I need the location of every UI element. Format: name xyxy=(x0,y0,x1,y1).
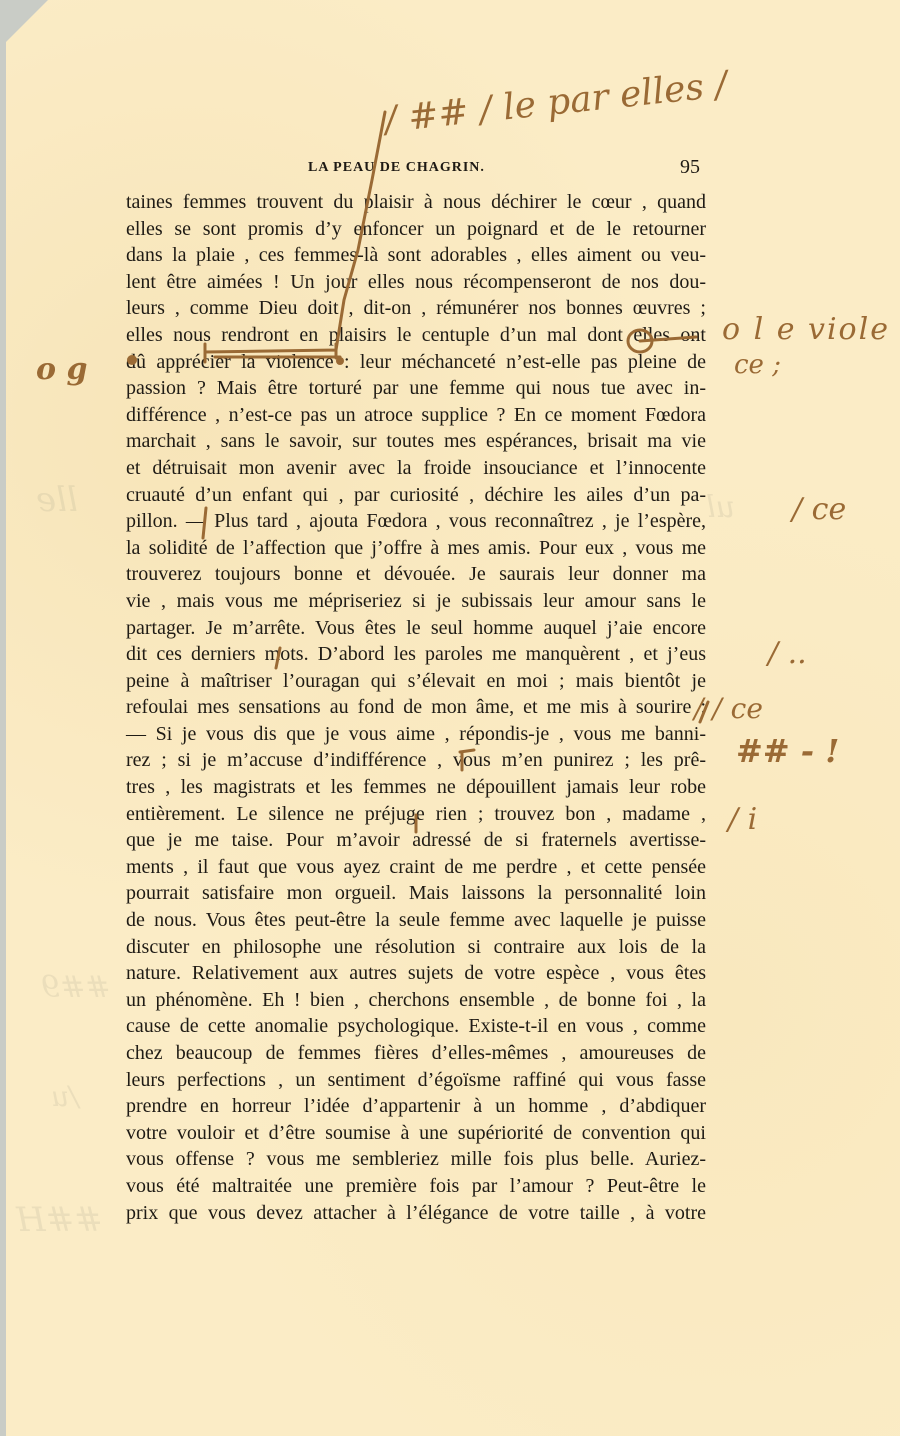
bleed-through-mark: ul xyxy=(706,490,735,525)
handwritten-annotation-right: ce ; xyxy=(734,350,781,380)
body-text: taines femmes trouvent du plaisir à nous… xyxy=(126,189,706,1226)
text-line: nature. Relativement aux autres sujets d… xyxy=(126,960,706,987)
text-line: discuter en philosophe une résolution si… xyxy=(126,934,706,961)
text-line: cruauté d’un enfant qui , par curiosité … xyxy=(126,482,706,509)
running-head: LA PEAU DE CHAGRIN. 95 xyxy=(308,160,718,182)
text-line: cause de cette anomalie psychologique. E… xyxy=(126,1013,706,1040)
text-line: lent être aimées ! Un jour elles nous ré… xyxy=(126,269,706,296)
book-page: lle ##9 /u ##H ul LA PEAU DE CHAGRIN. 95… xyxy=(6,0,900,1436)
text-line: vous été maltraitée une première fois pa… xyxy=(126,1173,706,1200)
handwritten-annotation-right: / .. xyxy=(768,636,807,671)
text-line: passion ? Mais être torturé par une femm… xyxy=(126,375,706,402)
text-line: taines femmes trouvent du plaisir à nous… xyxy=(126,189,706,216)
text-line: tres , les magistrats et les femmes ne d… xyxy=(126,774,706,801)
text-line: chez beaucoup de femmes fières d’elles-m… xyxy=(126,1040,706,1067)
text-line: de nous. Vous êtes peut-être la seule fe… xyxy=(126,907,706,934)
text-line: peine à maîtriser l’ouragan qui s’élevai… xyxy=(126,668,706,695)
text-line: votre vouloir et d’être soumise à une su… xyxy=(126,1120,706,1147)
text-line: elles nous rendront en plaisirs le centu… xyxy=(126,322,706,349)
text-line: pourrait satisfaire mon orgueil. Mais la… xyxy=(126,880,706,907)
text-line: un phénomène. Eh ! bien , cherchons ense… xyxy=(126,987,706,1014)
text-line: entièrement. Le silence ne préjuge rien … xyxy=(126,801,706,828)
bleed-through-mark: ##9 xyxy=(41,970,110,1005)
text-line: vie , mais vous me mépriseriez si je sub… xyxy=(126,588,706,615)
text-line: que je me taise. Pour m’avoir adressé de… xyxy=(126,827,706,854)
bleed-through-mark: /u xyxy=(51,1080,78,1113)
text-line: leurs perfections , un sentiment d’égoïs… xyxy=(126,1067,706,1094)
handwritten-annotation-left: o g xyxy=(36,352,87,387)
text-line: dit ces derniers mots. D’abord les parol… xyxy=(126,641,706,668)
text-line: dû apprécier la violence : leur méchance… xyxy=(126,349,706,376)
text-line: elles se sont promis d’y enfoncer un poi… xyxy=(126,216,706,243)
handwritten-annotation-right: / ce xyxy=(792,492,846,527)
text-line: prix que vous devez attacher à l’éléganc… xyxy=(126,1200,706,1227)
handwritten-annotation-right: ## - ! xyxy=(736,732,839,770)
text-line: prendre en horreur l’idée d’appartenir à… xyxy=(126,1093,706,1120)
handwritten-annotation-right: / i xyxy=(728,802,757,837)
text-line: ments , il faut que vous ayez craint de … xyxy=(126,854,706,881)
bleed-through-mark: lle xyxy=(36,480,78,520)
text-line: vous offense ? vous me sembleriez mille … xyxy=(126,1146,706,1173)
text-line: la solidité de l’affection que j’offre à… xyxy=(126,535,706,562)
handwritten-annotation-top: / ## / le par elles / xyxy=(383,64,729,141)
handwritten-annotation-right: o l e viole n xyxy=(722,312,900,347)
text-line: — Si je vous dis que je vous aime , répo… xyxy=(126,721,706,748)
text-line: dans la plaie , ces femmes-là sont adora… xyxy=(126,242,706,269)
handwritten-annotation-right: / / ce xyxy=(694,692,763,725)
text-line: trouverez toujours bonne et dévouée. Je … xyxy=(126,561,706,588)
text-line: pillon. — Plus tard , ajouta Fœdora , vo… xyxy=(126,508,706,535)
running-title: LA PEAU DE CHAGRIN. xyxy=(308,160,485,176)
page-number: 95 xyxy=(680,156,700,179)
text-line: rez ; si je m’accuse d’indifférence , vo… xyxy=(126,747,706,774)
text-line: marchait , sans le savoir, sur toutes me… xyxy=(126,428,706,455)
bleed-through-mark: ##H xyxy=(16,1200,103,1240)
text-line: leurs , comme Dieu doit , dit-on , rémun… xyxy=(126,295,706,322)
text-line: refoulai mes sensations au fond de mon â… xyxy=(126,694,706,721)
text-line: différence , n’est-ce pas un atroce supp… xyxy=(126,402,706,429)
text-line: et détruisait mon avenir avec la froide … xyxy=(126,455,706,482)
text-line: partager. Je m’arrête. Vous êtes le seul… xyxy=(126,615,706,642)
